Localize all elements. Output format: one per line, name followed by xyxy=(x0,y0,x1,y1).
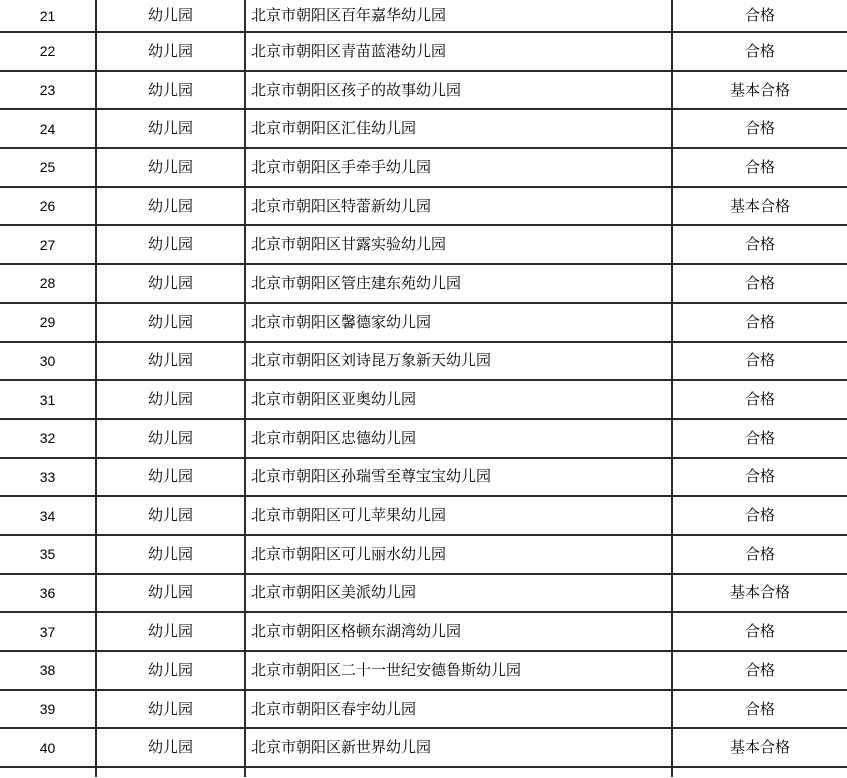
inspection-result-cell xyxy=(673,768,847,777)
table-row: 23 幼儿园 北京市朝阳区孩子的故事幼儿园 基本合格 xyxy=(0,72,847,111)
table-row: 32 幼儿园 北京市朝阳区忠德幼儿园 合格 xyxy=(0,420,847,459)
row-number-cell: 35 xyxy=(0,536,97,573)
row-number-cell: 27 xyxy=(0,226,97,263)
org-name-cell: 北京市朝阳区青苗蓝港幼儿园 xyxy=(246,33,673,70)
inspection-result-cell: 合格 xyxy=(673,33,847,70)
inspection-result-cell: 合格 xyxy=(673,459,847,496)
row-number-cell: 38 xyxy=(0,652,97,689)
row-number-cell: 30 xyxy=(0,343,97,380)
row-number-cell xyxy=(0,768,97,777)
org-type-cell: 幼儿园 xyxy=(97,420,246,457)
inspection-result-cell: 合格 xyxy=(673,691,847,728)
table-row: 28 幼儿园 北京市朝阳区管庄建东苑幼儿园 合格 xyxy=(0,265,847,304)
org-type-cell: 幼儿园 xyxy=(97,575,246,612)
inspection-result-cell: 合格 xyxy=(673,536,847,573)
table-row: 30 幼儿园 北京市朝阳区刘诗昆万象新天幼儿园 合格 xyxy=(0,343,847,382)
row-number-cell: 29 xyxy=(0,304,97,341)
org-type-cell: 幼儿园 xyxy=(97,497,246,534)
inspection-result-cell: 合格 xyxy=(673,420,847,457)
table-row: 26 幼儿园 北京市朝阳区特蕾新幼儿园 基本合格 xyxy=(0,188,847,227)
org-type-cell: 幼儿园 xyxy=(97,381,246,418)
org-name-cell: 北京市朝阳区汇佳幼儿园 xyxy=(246,110,673,147)
inspection-result-cell: 基本合格 xyxy=(673,72,847,109)
inspection-result-cell: 基本合格 xyxy=(673,188,847,225)
org-type-cell: 幼儿园 xyxy=(97,304,246,341)
table-row: 38 幼儿园 北京市朝阳区二十一世纪安德鲁斯幼儿园 合格 xyxy=(0,652,847,691)
inspection-result-cell: 合格 xyxy=(673,343,847,380)
org-name-cell: 北京市朝阳区特蕾新幼儿园 xyxy=(246,188,673,225)
org-name-cell: 北京市朝阳区孙瑞雪至尊宝宝幼儿园 xyxy=(246,459,673,496)
inspection-result-cell: 合格 xyxy=(673,381,847,418)
org-name-cell: 北京市朝阳区新世界幼儿园 xyxy=(246,729,673,766)
org-name-cell: 北京市朝阳区忠德幼儿园 xyxy=(246,420,673,457)
row-number-cell: 34 xyxy=(0,497,97,534)
table-row: 39 幼儿园 北京市朝阳区春宇幼儿园 合格 xyxy=(0,691,847,730)
org-name-cell: 北京市朝阳区管庄建东苑幼儿园 xyxy=(246,265,673,302)
org-type-cell: 幼儿园 xyxy=(97,652,246,689)
inspection-result-cell: 合格 xyxy=(673,497,847,534)
row-number-cell: 24 xyxy=(0,110,97,147)
inspection-result-cell: 合格 xyxy=(673,226,847,263)
org-type-cell: 幼儿园 xyxy=(97,265,246,302)
org-type-cell: 幼儿园 xyxy=(97,226,246,263)
row-number-cell: 22 xyxy=(0,33,97,70)
inspection-result-cell: 合格 xyxy=(673,265,847,302)
org-name-cell: 北京市朝阳区孩子的故事幼儿园 xyxy=(246,72,673,109)
org-name-cell: 北京市朝阳区格顿东湖湾幼儿园 xyxy=(246,613,673,650)
row-number-cell: 33 xyxy=(0,459,97,496)
table-row: 22 幼儿园 北京市朝阳区青苗蓝港幼儿园 合格 xyxy=(0,33,847,72)
org-name-cell xyxy=(246,768,673,777)
org-type-cell: 幼儿园 xyxy=(97,729,246,766)
org-name-cell: 北京市朝阳区甘露实验幼儿园 xyxy=(246,226,673,263)
org-name-cell: 北京市朝阳区可儿苹果幼儿园 xyxy=(246,497,673,534)
org-type-cell: 幼儿园 xyxy=(97,33,246,70)
org-name-cell: 北京市朝阳区二十一世纪安德鲁斯幼儿园 xyxy=(246,652,673,689)
table-row: 36 幼儿园 北京市朝阳区美派幼儿园 基本合格 xyxy=(0,575,847,614)
table-row: 31 幼儿园 北京市朝阳区亚奥幼儿园 合格 xyxy=(0,381,847,420)
row-number-cell: 36 xyxy=(0,575,97,612)
table-row: 24 幼儿园 北京市朝阳区汇佳幼儿园 合格 xyxy=(0,110,847,149)
org-name-cell: 北京市朝阳区刘诗昆万象新天幼儿园 xyxy=(246,343,673,380)
table-row: 27 幼儿园 北京市朝阳区甘露实验幼儿园 合格 xyxy=(0,226,847,265)
kindergarten-inspection-table: 21 幼儿园 北京市朝阳区百年嘉华幼儿园 合格 22 幼儿园 北京市朝阳区青苗蓝… xyxy=(0,0,847,778)
org-type-cell: 幼儿园 xyxy=(97,110,246,147)
table-row: 40 幼儿园 北京市朝阳区新世界幼儿园 基本合格 xyxy=(0,729,847,768)
table-row: 33 幼儿园 北京市朝阳区孙瑞雪至尊宝宝幼儿园 合格 xyxy=(0,459,847,498)
row-number-cell: 26 xyxy=(0,188,97,225)
org-type-cell: 幼儿园 xyxy=(97,0,246,31)
org-name-cell: 北京市朝阳区春宇幼儿园 xyxy=(246,691,673,728)
org-type-cell xyxy=(97,768,246,777)
inspection-result-cell: 合格 xyxy=(673,652,847,689)
table-row: 37 幼儿园 北京市朝阳区格顿东湖湾幼儿园 合格 xyxy=(0,613,847,652)
org-type-cell: 幼儿园 xyxy=(97,343,246,380)
row-number-cell: 28 xyxy=(0,265,97,302)
inspection-result-cell: 合格 xyxy=(673,0,847,31)
org-type-cell: 幼儿园 xyxy=(97,691,246,728)
inspection-result-cell: 合格 xyxy=(673,149,847,186)
org-type-cell: 幼儿园 xyxy=(97,459,246,496)
inspection-result-cell: 合格 xyxy=(673,304,847,341)
org-type-cell: 幼儿园 xyxy=(97,536,246,573)
table-row: 35 幼儿园 北京市朝阳区可儿丽水幼儿园 合格 xyxy=(0,536,847,575)
org-name-cell: 北京市朝阳区手牵手幼儿园 xyxy=(246,149,673,186)
row-number-cell: 23 xyxy=(0,72,97,109)
org-name-cell: 北京市朝阳区美派幼儿园 xyxy=(246,575,673,612)
table-row: 21 幼儿园 北京市朝阳区百年嘉华幼儿园 合格 xyxy=(0,0,847,33)
inspection-result-cell: 基本合格 xyxy=(673,575,847,612)
org-name-cell: 北京市朝阳区可儿丽水幼儿园 xyxy=(246,536,673,573)
org-name-cell: 北京市朝阳区馨德家幼儿园 xyxy=(246,304,673,341)
row-number-cell: 39 xyxy=(0,691,97,728)
row-number-cell: 37 xyxy=(0,613,97,650)
row-number-cell: 31 xyxy=(0,381,97,418)
org-name-cell: 北京市朝阳区亚奥幼儿园 xyxy=(246,381,673,418)
org-type-cell: 幼儿园 xyxy=(97,72,246,109)
inspection-result-cell: 合格 xyxy=(673,613,847,650)
org-type-cell: 幼儿园 xyxy=(97,613,246,650)
row-number-cell: 32 xyxy=(0,420,97,457)
org-name-cell: 北京市朝阳区百年嘉华幼儿园 xyxy=(246,0,673,31)
row-number-cell: 21 xyxy=(0,0,97,31)
org-type-cell: 幼儿园 xyxy=(97,149,246,186)
table-row-cropped xyxy=(0,768,847,777)
inspection-result-cell: 合格 xyxy=(673,110,847,147)
table-row: 34 幼儿园 北京市朝阳区可儿苹果幼儿园 合格 xyxy=(0,497,847,536)
inspection-result-cell: 基本合格 xyxy=(673,729,847,766)
row-number-cell: 40 xyxy=(0,729,97,766)
org-type-cell: 幼儿园 xyxy=(97,188,246,225)
table-row: 29 幼儿园 北京市朝阳区馨德家幼儿园 合格 xyxy=(0,304,847,343)
table-row: 25 幼儿园 北京市朝阳区手牵手幼儿园 合格 xyxy=(0,149,847,188)
row-number-cell: 25 xyxy=(0,149,97,186)
